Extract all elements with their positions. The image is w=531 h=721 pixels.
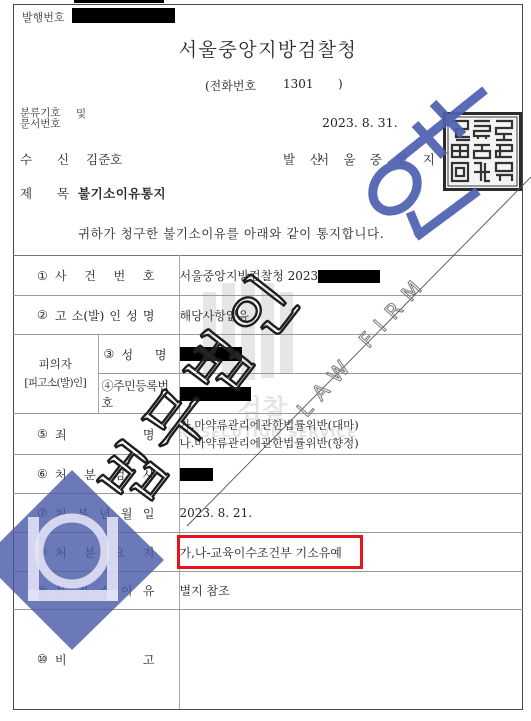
document-page: 검찰 PROSECUTION SERVICE 발행번호 서울중앙지방검찰청 (전…: [0, 0, 531, 721]
case-number-value: 서울중앙지방검찰청 2023: [180, 269, 319, 283]
label-prosecutor: ⑥ 처 분 검 사: [13, 466, 179, 483]
label-non-indictment-reason: ⑨ 불 기 소 이 유: [13, 582, 179, 599]
non-indictment-reason-value: 별지 참조: [180, 584, 230, 598]
redacted-case-number: [318, 270, 380, 283]
official-seal-icon: [443, 112, 522, 191]
non-indictment-table: ① 사 건 번 호 서울중앙지방검찰청 2023 ② 고 소(발) 인 성 명 …: [13, 255, 523, 709]
label-case-number: ① 사 건 번 호: [13, 267, 179, 284]
redacted-suspect-name: [180, 347, 242, 361]
row-remarks: ⑩ 비 고: [13, 610, 523, 709]
label-suspect-rrn: ④주민등록번호: [99, 377, 179, 411]
row-non-indictment-reason: ⑨ 불 기 소 이 유 별지 참조: [13, 572, 523, 610]
charge-item: 나.마약류관리에관한법률위반(향정): [180, 434, 524, 452]
label-suspect-name: ③ 성 명: [99, 346, 179, 363]
redacted-previous-page: [74, 0, 164, 3]
row-prosecutor: ⑥ 처 분 검 사: [13, 455, 523, 494]
row-suspect-name: 피의자 [피고소(발)인] ③ 성 명: [13, 335, 523, 374]
redacted-prosecutor: [180, 468, 213, 481]
row-disposition-date: ⑦ 처 분 년 월 일 2023. 8. 21.: [13, 494, 523, 533]
highlight-box-disposition-summary: [177, 535, 363, 569]
redacted-suspect-rrn: [180, 387, 251, 401]
complainant-value: 해당사항없음: [180, 309, 250, 323]
label-complainant: ② 고 소(발) 인 성 명: [13, 307, 179, 324]
charge-item: 가.마약류관리에관한법률위반(대마): [180, 416, 524, 434]
label-disposition-summary: ⑧ 처 분 요 지: [13, 544, 179, 561]
row-case-number: ① 사 건 번 호 서울중앙지방검찰청 2023: [13, 256, 523, 296]
label-suspect-group: 피의자 [피고소(발)인]: [13, 335, 98, 414]
row-complainant: ② 고 소(발) 인 성 명 해당사항없음: [13, 296, 523, 335]
label-charges: ⑤ 죄 명: [13, 426, 179, 443]
label-disposition-date: ⑦ 처 분 년 월 일: [13, 505, 179, 522]
label-remarks: ⑩ 비 고: [13, 651, 179, 668]
row-charges: ⑤ 죄 명 가.마약류관리에관한법률위반(대마) 나.마약류관리에관한법률위반(…: [13, 414, 523, 455]
disposition-date-value: 2023. 8. 21.: [180, 506, 253, 520]
